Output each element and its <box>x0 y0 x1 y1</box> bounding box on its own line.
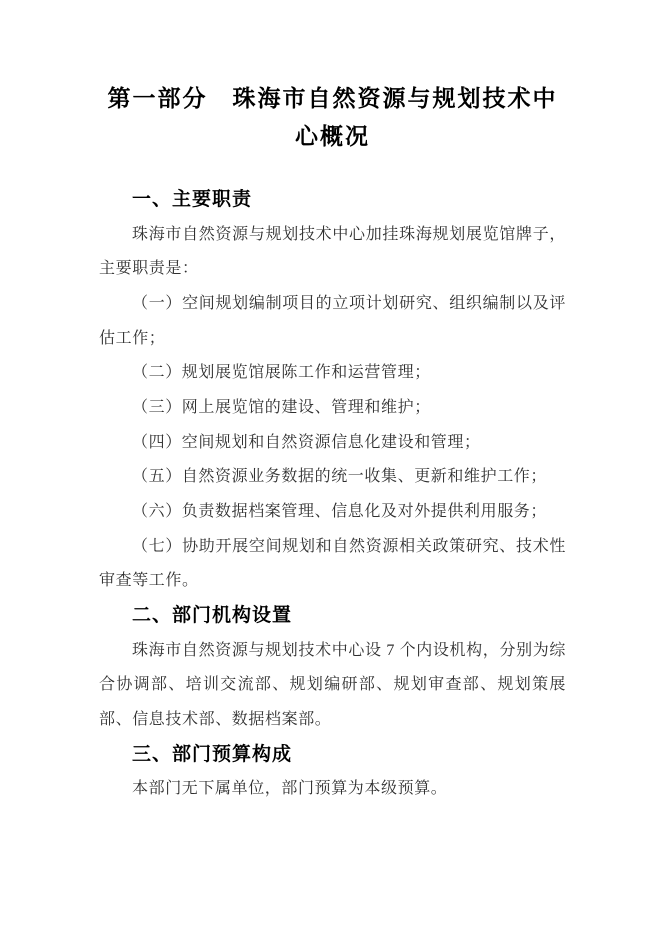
document-page: 第一部分 珠海市自然资源与规划技术中 心概况 一、主要职责 珠海市自然资源与规划… <box>0 0 662 936</box>
paragraph: （七）协助开展空间规划和自然资源相关政策研究、技术性审查等工作。 <box>99 530 566 599</box>
paragraph: 珠海市自然资源与规划技术中心加挂珠海规划展览馆牌子，主要职责是： <box>99 218 566 287</box>
paragraph: （三）网上展览馆的建设、管理和维护； <box>99 391 566 426</box>
paragraph: 本部门无下属单位，部门预算为本级预算。 <box>99 772 566 807</box>
paragraph: （一）空间规划编制项目的立项计划研究、组织编制以及评估工作； <box>99 287 566 356</box>
document-title-line-2: 心概况 <box>99 117 566 155</box>
section-heading-main-duties: 一、主要职责 <box>99 183 566 218</box>
section-heading-org-structure: 二、部门机构设置 <box>99 599 566 634</box>
paragraph: （五）自然资源业务数据的统一收集、更新和维护工作； <box>99 460 566 495</box>
paragraph: （二）规划展览馆展陈工作和运营管理； <box>99 356 566 391</box>
paragraph: （四）空间规划和自然资源信息化建设和管理； <box>99 426 566 461</box>
paragraph: 珠海市自然资源与规划技术中心设 7 个内设机构，分别为综合协调部、培训交流部、规… <box>99 634 566 738</box>
paragraph: （六）负责数据档案管理、信息化及对外提供利用服务； <box>99 495 566 530</box>
section-heading-budget-composition: 三、部门预算构成 <box>99 738 566 773</box>
document-title-line-1: 第一部分 珠海市自然资源与规划技术中 <box>99 79 566 117</box>
document-body: 一、主要职责 珠海市自然资源与规划技术中心加挂珠海规划展览馆牌子，主要职责是： … <box>99 183 566 807</box>
document-title: 第一部分 珠海市自然资源与规划技术中 心概况 <box>99 79 566 155</box>
